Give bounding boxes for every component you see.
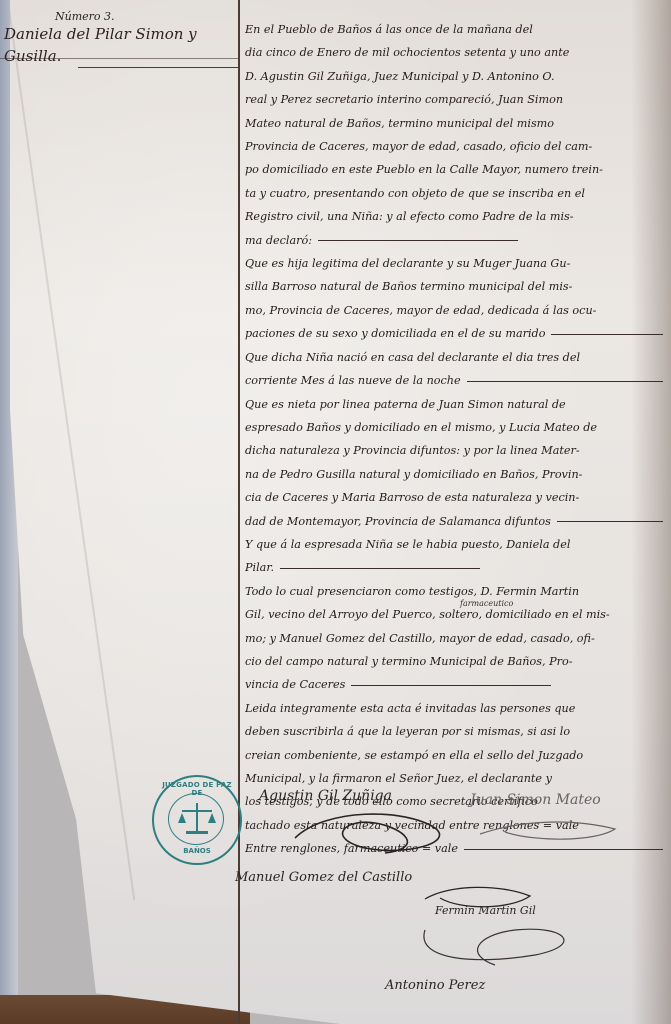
signature-judge: Agustin Gil Zuñiga <box>259 788 392 804</box>
text-line: deben suscribirla á que la leyeran por s… <box>245 720 663 743</box>
record-body: En el Pueblo de Baños á las once de la m… <box>245 18 663 861</box>
paragraph-birth: Que dicha Niña nació en casa del declara… <box>245 346 663 393</box>
text-line: Que dicha Niña nació en casa del declara… <box>245 346 663 369</box>
text-line: paciones de su sexo y domiciliada en el … <box>245 322 663 345</box>
text-line: dad de Montemayor, Provincia de Salamanc… <box>245 510 663 533</box>
text-line: D. Agustin Gil Zuñiga, Juez Municipal y … <box>245 65 663 88</box>
text-line: Registro civil, una Niña: y al efecto co… <box>245 205 663 228</box>
text-line: silla Barroso natural de Baños termino m… <box>245 275 663 298</box>
text-line: En el Pueblo de Baños á las once de la m… <box>245 18 663 41</box>
paragraph-preamble: En el Pueblo de Baños á las once de la m… <box>245 18 663 252</box>
text-line: cia de Caceres y Maria Barroso de esta n… <box>245 486 663 509</box>
scales-of-justice-icon <box>174 799 220 839</box>
text-line: ma declaró: <box>245 229 663 252</box>
text-line: mo; y Manuel Gomez del Castillo, mayor d… <box>245 627 663 650</box>
text-line: Gil, vecino del Arroyo del Puerco, solte… <box>245 603 663 626</box>
text-line: espresado Baños y domiciliado en el mism… <box>245 416 663 439</box>
text-line: Provincia de Caceres, mayor de edad, cas… <box>245 135 663 158</box>
stamp-bottom-text: BAÑOS <box>154 847 240 855</box>
text-line: cio del campo natural y termino Municipa… <box>245 650 663 673</box>
text-line: Que es hija legitima del declarante y su… <box>245 252 663 275</box>
paragraph-given-name: Y que á la espresada Niña se le habia pu… <box>245 533 663 580</box>
flourish-icon <box>475 814 625 844</box>
text-line: mo, Provincia de Caceres, mayor de edad,… <box>245 299 663 322</box>
text-line: Todo lo cual presenciaron como testigos,… <box>245 580 663 603</box>
signature-witness-gomez: Manuel Gomez del Castillo <box>235 870 412 885</box>
text-line: Y que á la espresada Niña se le habia pu… <box>245 533 663 556</box>
flourish-icon <box>415 920 585 970</box>
margin-underline <box>78 67 238 68</box>
subject-name-line-2: Gusilla. <box>0 45 238 67</box>
record-number: Número 3. <box>0 10 238 23</box>
text-line: po domiciliado en este Pueblo en la Call… <box>245 158 663 181</box>
text-line: Pilar. <box>245 556 663 579</box>
signature-secretary: Antonino Perez <box>385 978 485 993</box>
margin-header: Número 3. Daniela del Pilar Simon y Gusi… <box>0 10 238 67</box>
text-line: vincia de Caceres <box>245 673 663 696</box>
text-line: creian combeniente, se estampó en ella e… <box>245 744 663 767</box>
signature-block: Agustin Gil Zuñiga Juan Simon Mateo Manu… <box>245 780 665 1024</box>
text-line: na de Pedro Gusilla natural y domiciliad… <box>245 463 663 486</box>
text-line: Leida integramente esta acta é invitadas… <box>245 697 663 720</box>
signature-witness-martin: Fermin Martin Gil <box>435 904 536 917</box>
flourish-icon <box>285 808 455 858</box>
text-line: dia cinco de Enero de mil ochocientos se… <box>245 41 663 64</box>
text-line: corriente Mes á las nueve de la noche <box>245 369 663 392</box>
text-line: ta y cuatro, presentando con objeto de q… <box>245 182 663 205</box>
text-line: real y Perez secretario interino compare… <box>245 88 663 111</box>
interlinear-note: farmaceutico <box>460 592 513 615</box>
text-line: dicha naturaleza y Provincia difuntos: y… <box>245 439 663 462</box>
paragraph-grandparents: Que es nieta por linea paterna de Juan S… <box>245 393 663 533</box>
text-line: Que es nieta por linea paterna de Juan S… <box>245 393 663 416</box>
paragraph-witnesses: farmaceutico Todo lo cual presenciaron c… <box>245 580 663 697</box>
paper-crease <box>7 0 135 900</box>
paragraph-parents: Que es hija legitima del declarante y su… <box>245 252 663 346</box>
subject-name-line-1: Daniela del Pilar Simon y <box>0 23 238 45</box>
text-line: Mateo natural de Baños, termino municipa… <box>245 112 663 135</box>
court-seal-stamp: JUZGADO DE PAZ DE BAÑOS <box>152 775 242 865</box>
signature-declarant: Juan Simon Mateo <box>470 792 601 808</box>
